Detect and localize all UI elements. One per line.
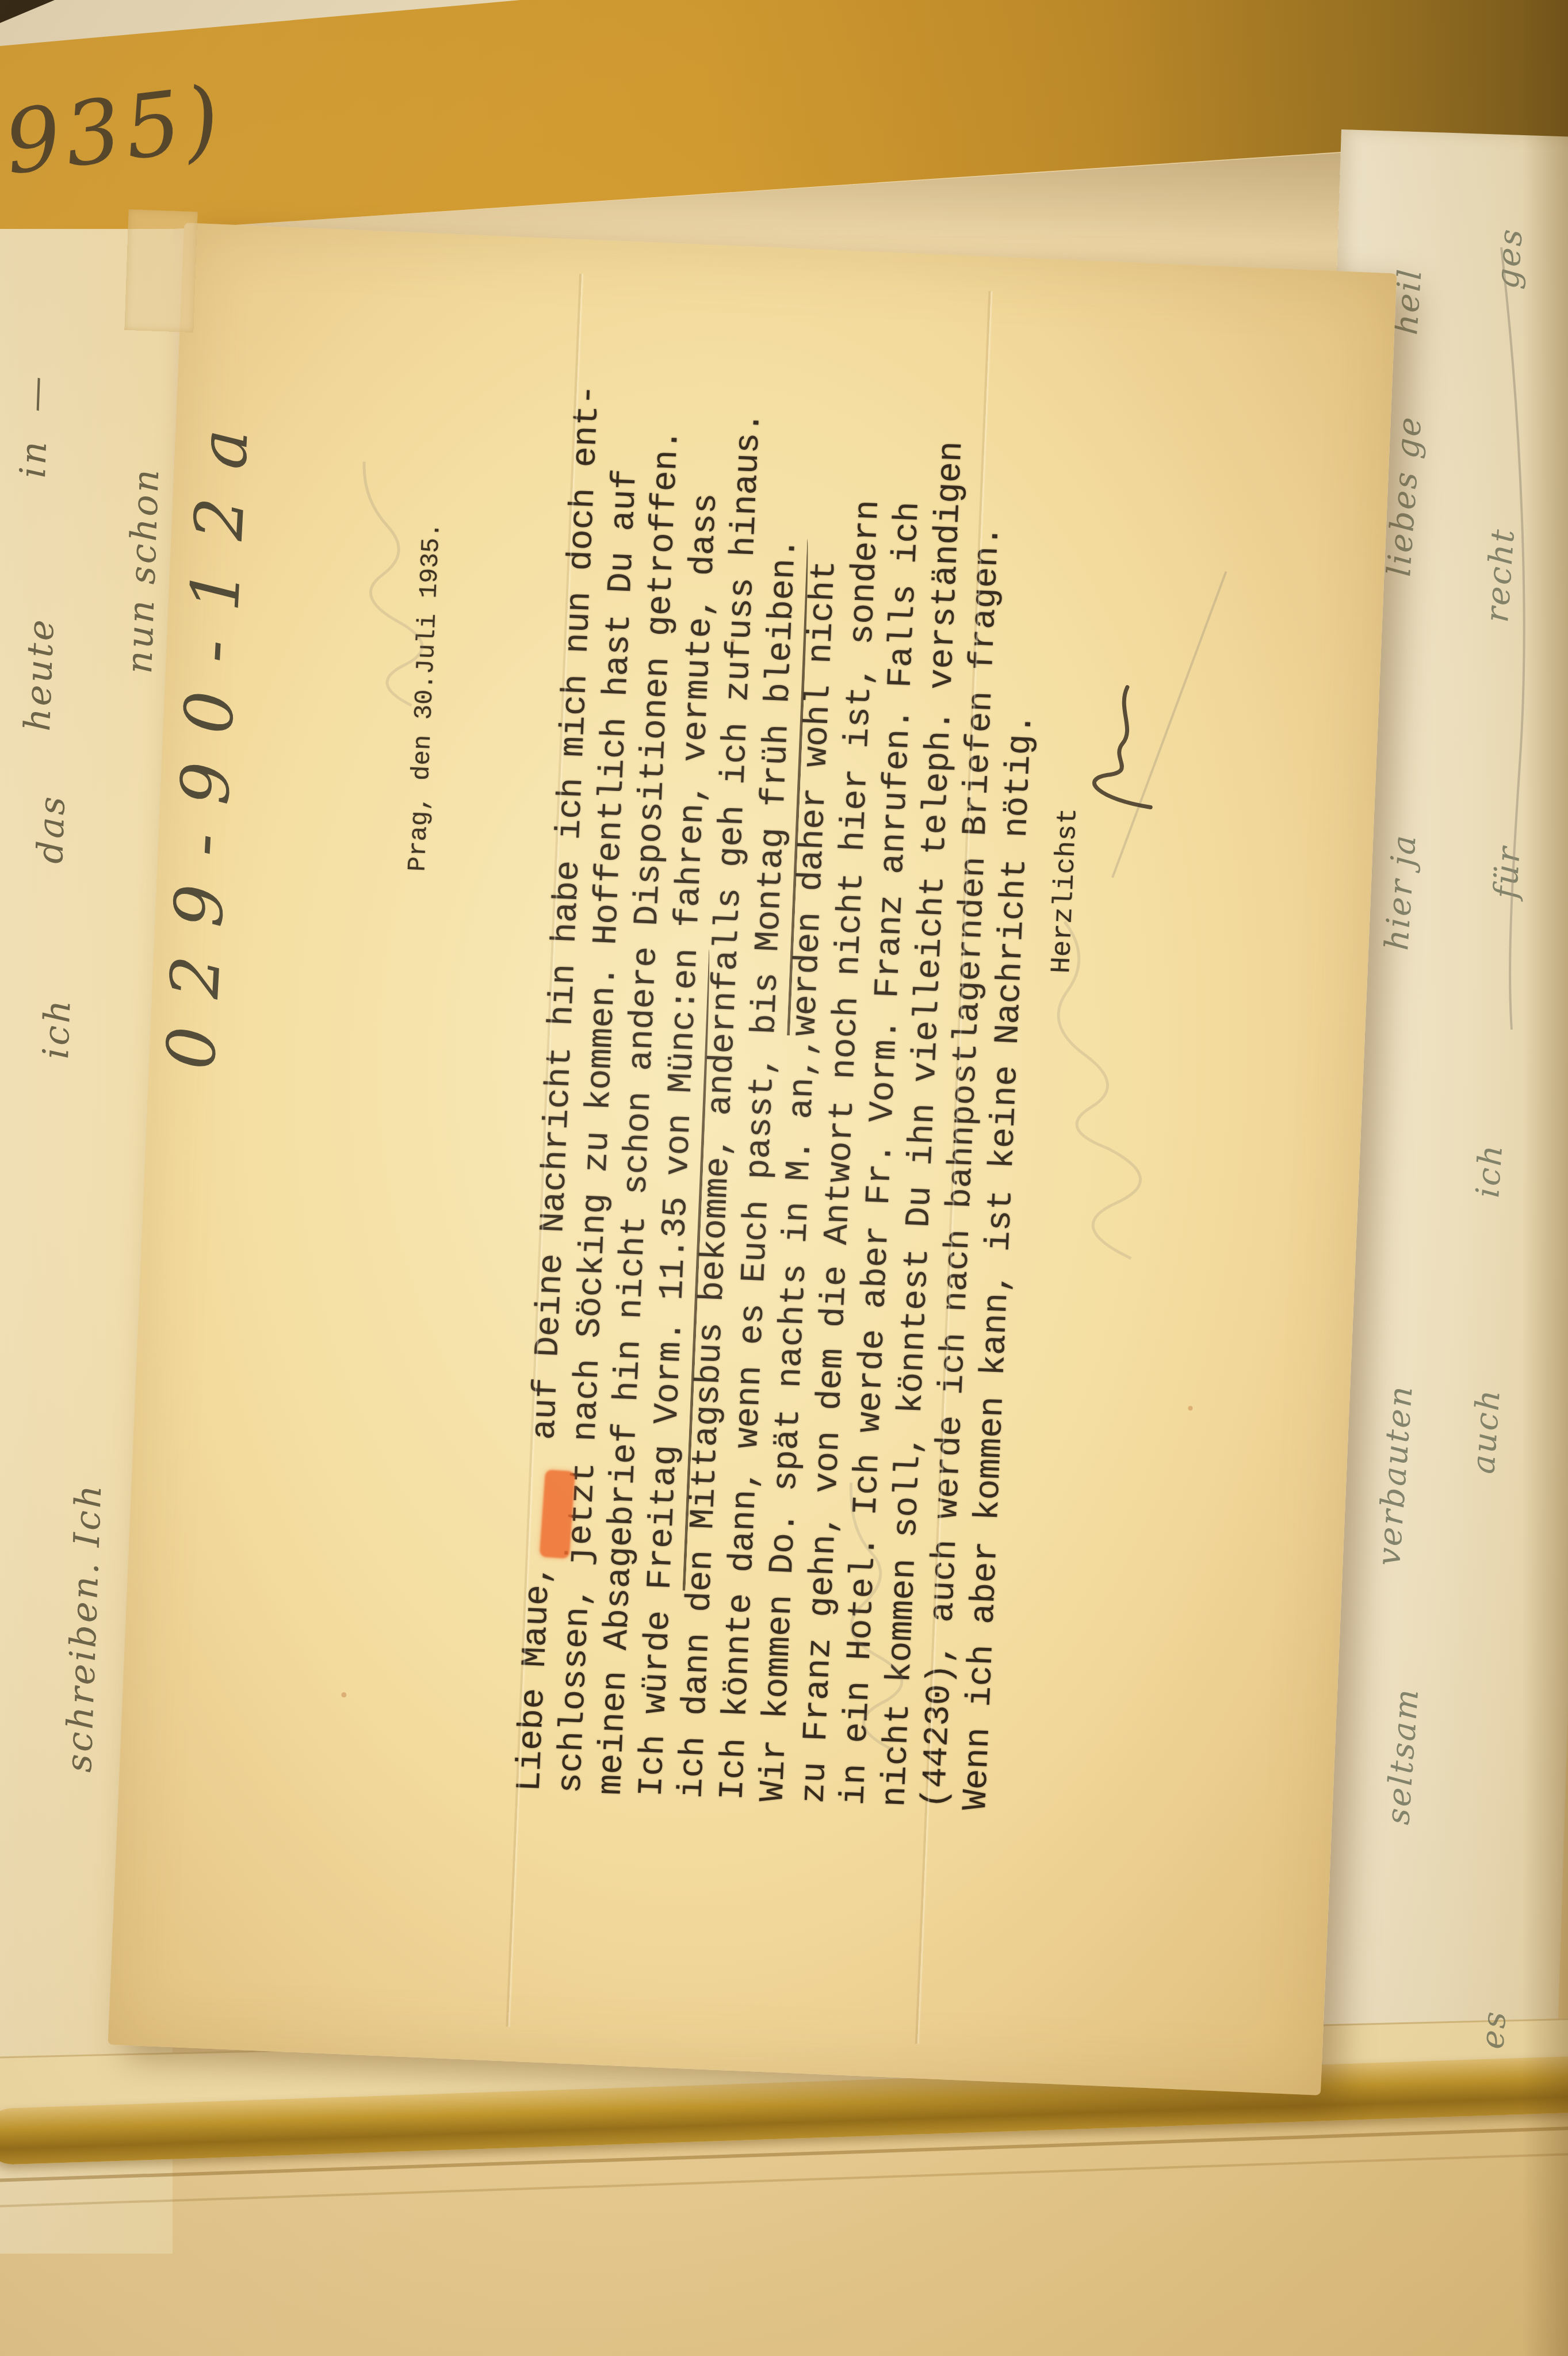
handwriting-fragment: heute	[16, 617, 62, 732]
letter-body: Liebe Maue, auf Deine Nachricht hin habe…	[510, 384, 1055, 1811]
red-crayon-mark	[540, 1470, 575, 1559]
handwriting-fragment: es	[1474, 2009, 1514, 2050]
handwriting-fragment: in —	[12, 373, 57, 479]
pencil-line	[1490, 247, 1542, 1030]
paper-fleck	[1188, 1406, 1192, 1410]
letter-paper: 029-90-12a Prag, den 30.Juli 1935. Liebe…	[108, 223, 1397, 2095]
archival-photo: 935) in —heutedasichnun schonschreiben. …	[0, 0, 1568, 2356]
handwriting-fragment: ich	[35, 997, 79, 1060]
ghost-writing	[788, 1452, 939, 1757]
paper-fleck	[341, 1692, 346, 1697]
seam-line	[0, 2152, 1568, 2208]
ghost-writing	[1004, 856, 1182, 1265]
handwriting-fragment: ich	[1469, 1142, 1510, 1199]
handwriting-fragment: das	[29, 794, 73, 865]
handwriting-fragment: nun schon	[118, 466, 167, 675]
handwriting-fragment: auch	[1464, 1387, 1508, 1475]
tape-piece	[124, 209, 197, 332]
signature-squiggle	[1073, 675, 1171, 816]
ghost-writing	[319, 407, 458, 712]
